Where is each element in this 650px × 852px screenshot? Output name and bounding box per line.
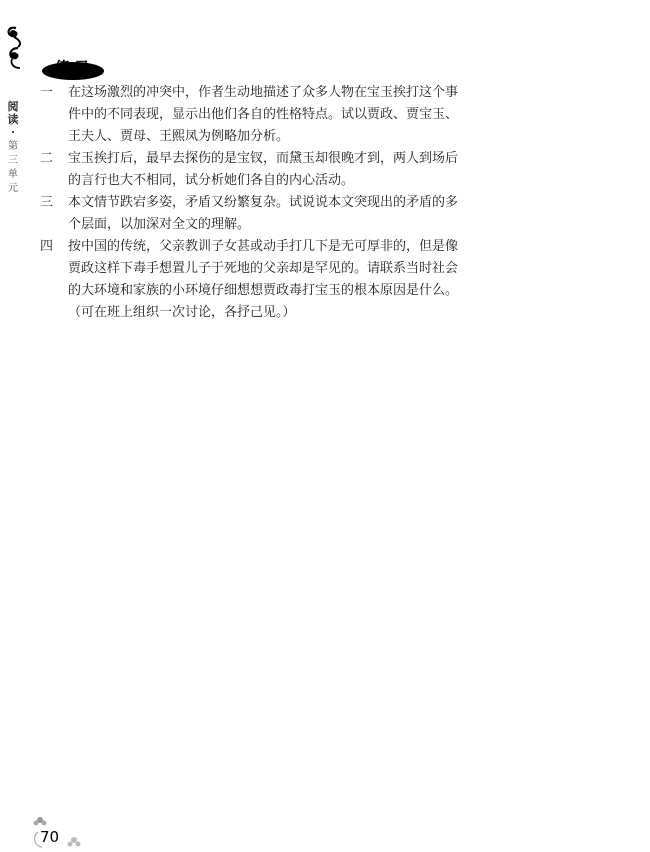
exercise-item: 二 宝玉挨打后，最早去探伤的是宝钗，而黛玉却很晚才到，两人到场后的言行也大不相同… [40, 148, 460, 192]
exercise-section-badge: 练习 [42, 62, 104, 80]
exercise-number: 三 [40, 192, 68, 236]
decorative-scroll-icon [4, 24, 26, 70]
exercise-item: 三 本文情节跌宕多姿，矛盾又纷繁复杂。试说说本文突现出的矛盾的多个层面，以加深对… [40, 192, 460, 236]
exercise-number: 四 [40, 236, 68, 324]
side-label-unit: 第三单元 [8, 141, 18, 194]
exercise-badge-label: 练习 [56, 56, 94, 75]
side-label-dot: · [6, 126, 20, 139]
exercise-text: 在这场激烈的冲突中，作者生动地描述了众多人物在宝玉挨打这个事件中的不同表现，显示… [68, 82, 458, 148]
exercise-number: 二 [40, 148, 68, 192]
exercise-item: 一 在这场激烈的冲突中，作者生动地描述了众多人物在宝玉挨打这个事件中的不同表现，… [40, 82, 460, 148]
exercise-text: 按中国的传统，父亲教训子女甚或动手打几下是无可厚非的，但是像贾政这样下毒手想置儿… [68, 236, 458, 324]
exercise-item: 四 按中国的传统，父亲教训子女甚或动手打几下是无可厚非的，但是像贾政这样下毒手想… [40, 236, 460, 324]
exercise-text: 宝玉挨打后，最早去探伤的是宝钗，而黛玉却很晚才到，两人到场后的言行也大不相同，试… [68, 148, 458, 192]
side-label-reading: 阅读 [8, 100, 19, 126]
unit-side-label: 阅读 · 第三单元 [6, 100, 20, 195]
exercise-number: 一 [40, 82, 68, 148]
exercise-list: 一 在这场激烈的冲突中，作者生动地描述了众多人物在宝玉挨打这个事件中的不同表现，… [40, 82, 460, 324]
exercise-text: 本文情节跌宕多姿，矛盾又纷繁复杂。试说说本文突现出的矛盾的多个层面，以加深对全文… [68, 192, 458, 236]
page-number: 70 [40, 828, 59, 846]
